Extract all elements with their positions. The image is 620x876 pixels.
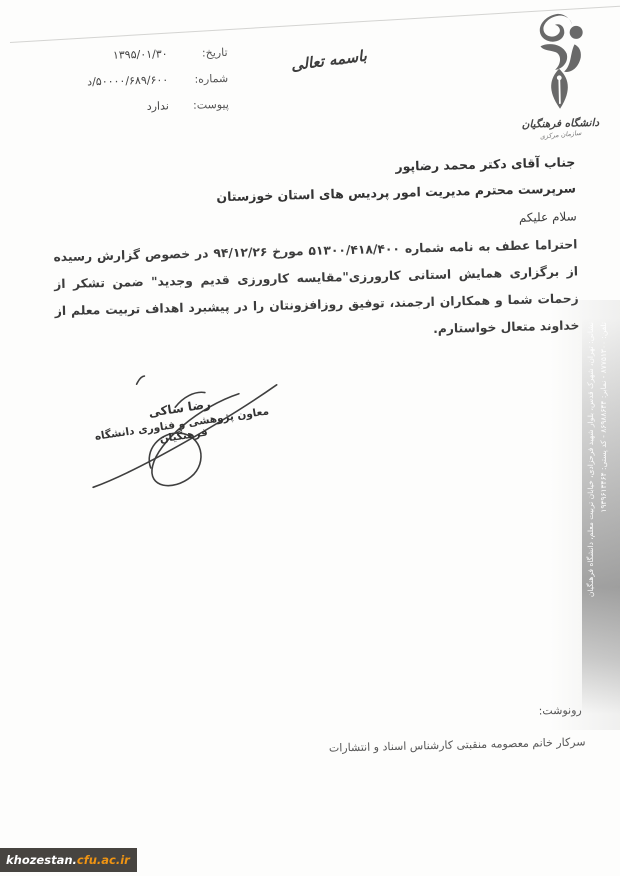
date-label: تاریخ: (167, 46, 227, 60)
meta-date-row: تاریخ:۱۳۹۵/۰۱/۳۰ (37, 46, 227, 64)
site-watermark: khozestan.cfu.ac.ir (0, 848, 137, 872)
cc-recipient: سرکار خانم معصومه منقبتی کارشناس اسناد و… (329, 735, 586, 754)
watermark-domain-text: cfu.ac.ir (77, 853, 130, 867)
letterhead-contact-block: نشانی: تهران، شهرک قدس، بلوار شهید فرحزا… (584, 322, 620, 702)
letter-body: احتراما عطف به نامه شماره ۵۱۳۰۰/۴۱۸/۴۰۰ … (53, 231, 579, 352)
letter-meta-block: تاریخ:۱۳۹۵/۰۱/۳۰ شماره:۵۰۰۰۰/۶۸۹/۶۰۰/د پ… (37, 46, 229, 129)
scanned-letter-page: تاریخ:۱۳۹۵/۰۱/۳۰ شماره:۵۰۰۰۰/۶۸۹/۶۰۰/د پ… (0, 0, 620, 876)
farhangian-university-logo-icon (527, 11, 591, 112)
attachment-label: پیوست: (169, 98, 229, 112)
letter-content: تاریخ:۱۳۹۵/۰۱/۳۰ شماره:۵۰۰۰۰/۶۸۹/۶۰۰/د پ… (0, 0, 620, 876)
watermark-host-text: khozestan. (6, 853, 77, 867)
signature-block: رضا ساکی معاون پژوهشی و فناوری دانشگاه ف… (90, 388, 274, 455)
attachment-value: ندارد (147, 99, 169, 113)
number-value: ۵۰۰۰۰/۶۸۹/۶۰۰/د (87, 73, 168, 88)
addressee-block: جناب آقای دکتر محمد رضاپور سرپرست محترم … (215, 149, 576, 238)
besmellah-calligraphy: باسمه تعالی (273, 44, 384, 76)
meta-attachment-row: پیوست:ندارد (39, 98, 229, 116)
university-logo-block: دانشگاه فرهنگیان سازمان مرکزی (512, 11, 607, 140)
meta-number-row: شماره:۵۰۰۰۰/۶۸۹/۶۰۰/د (38, 72, 228, 90)
letterhead-phone: تلفن: ۸۷۷۵۱۳۰۰ - نمابر: ۸۶۹۸۸۶۴۴ - کد پس… (597, 322, 610, 702)
number-label: شماره: (168, 72, 228, 86)
letterhead-address: نشانی: تهران، شهرک قدس، بلوار شهید فرحزا… (584, 322, 597, 702)
date-value: ۱۳۹۵/۰۱/۳۰ (113, 47, 168, 61)
